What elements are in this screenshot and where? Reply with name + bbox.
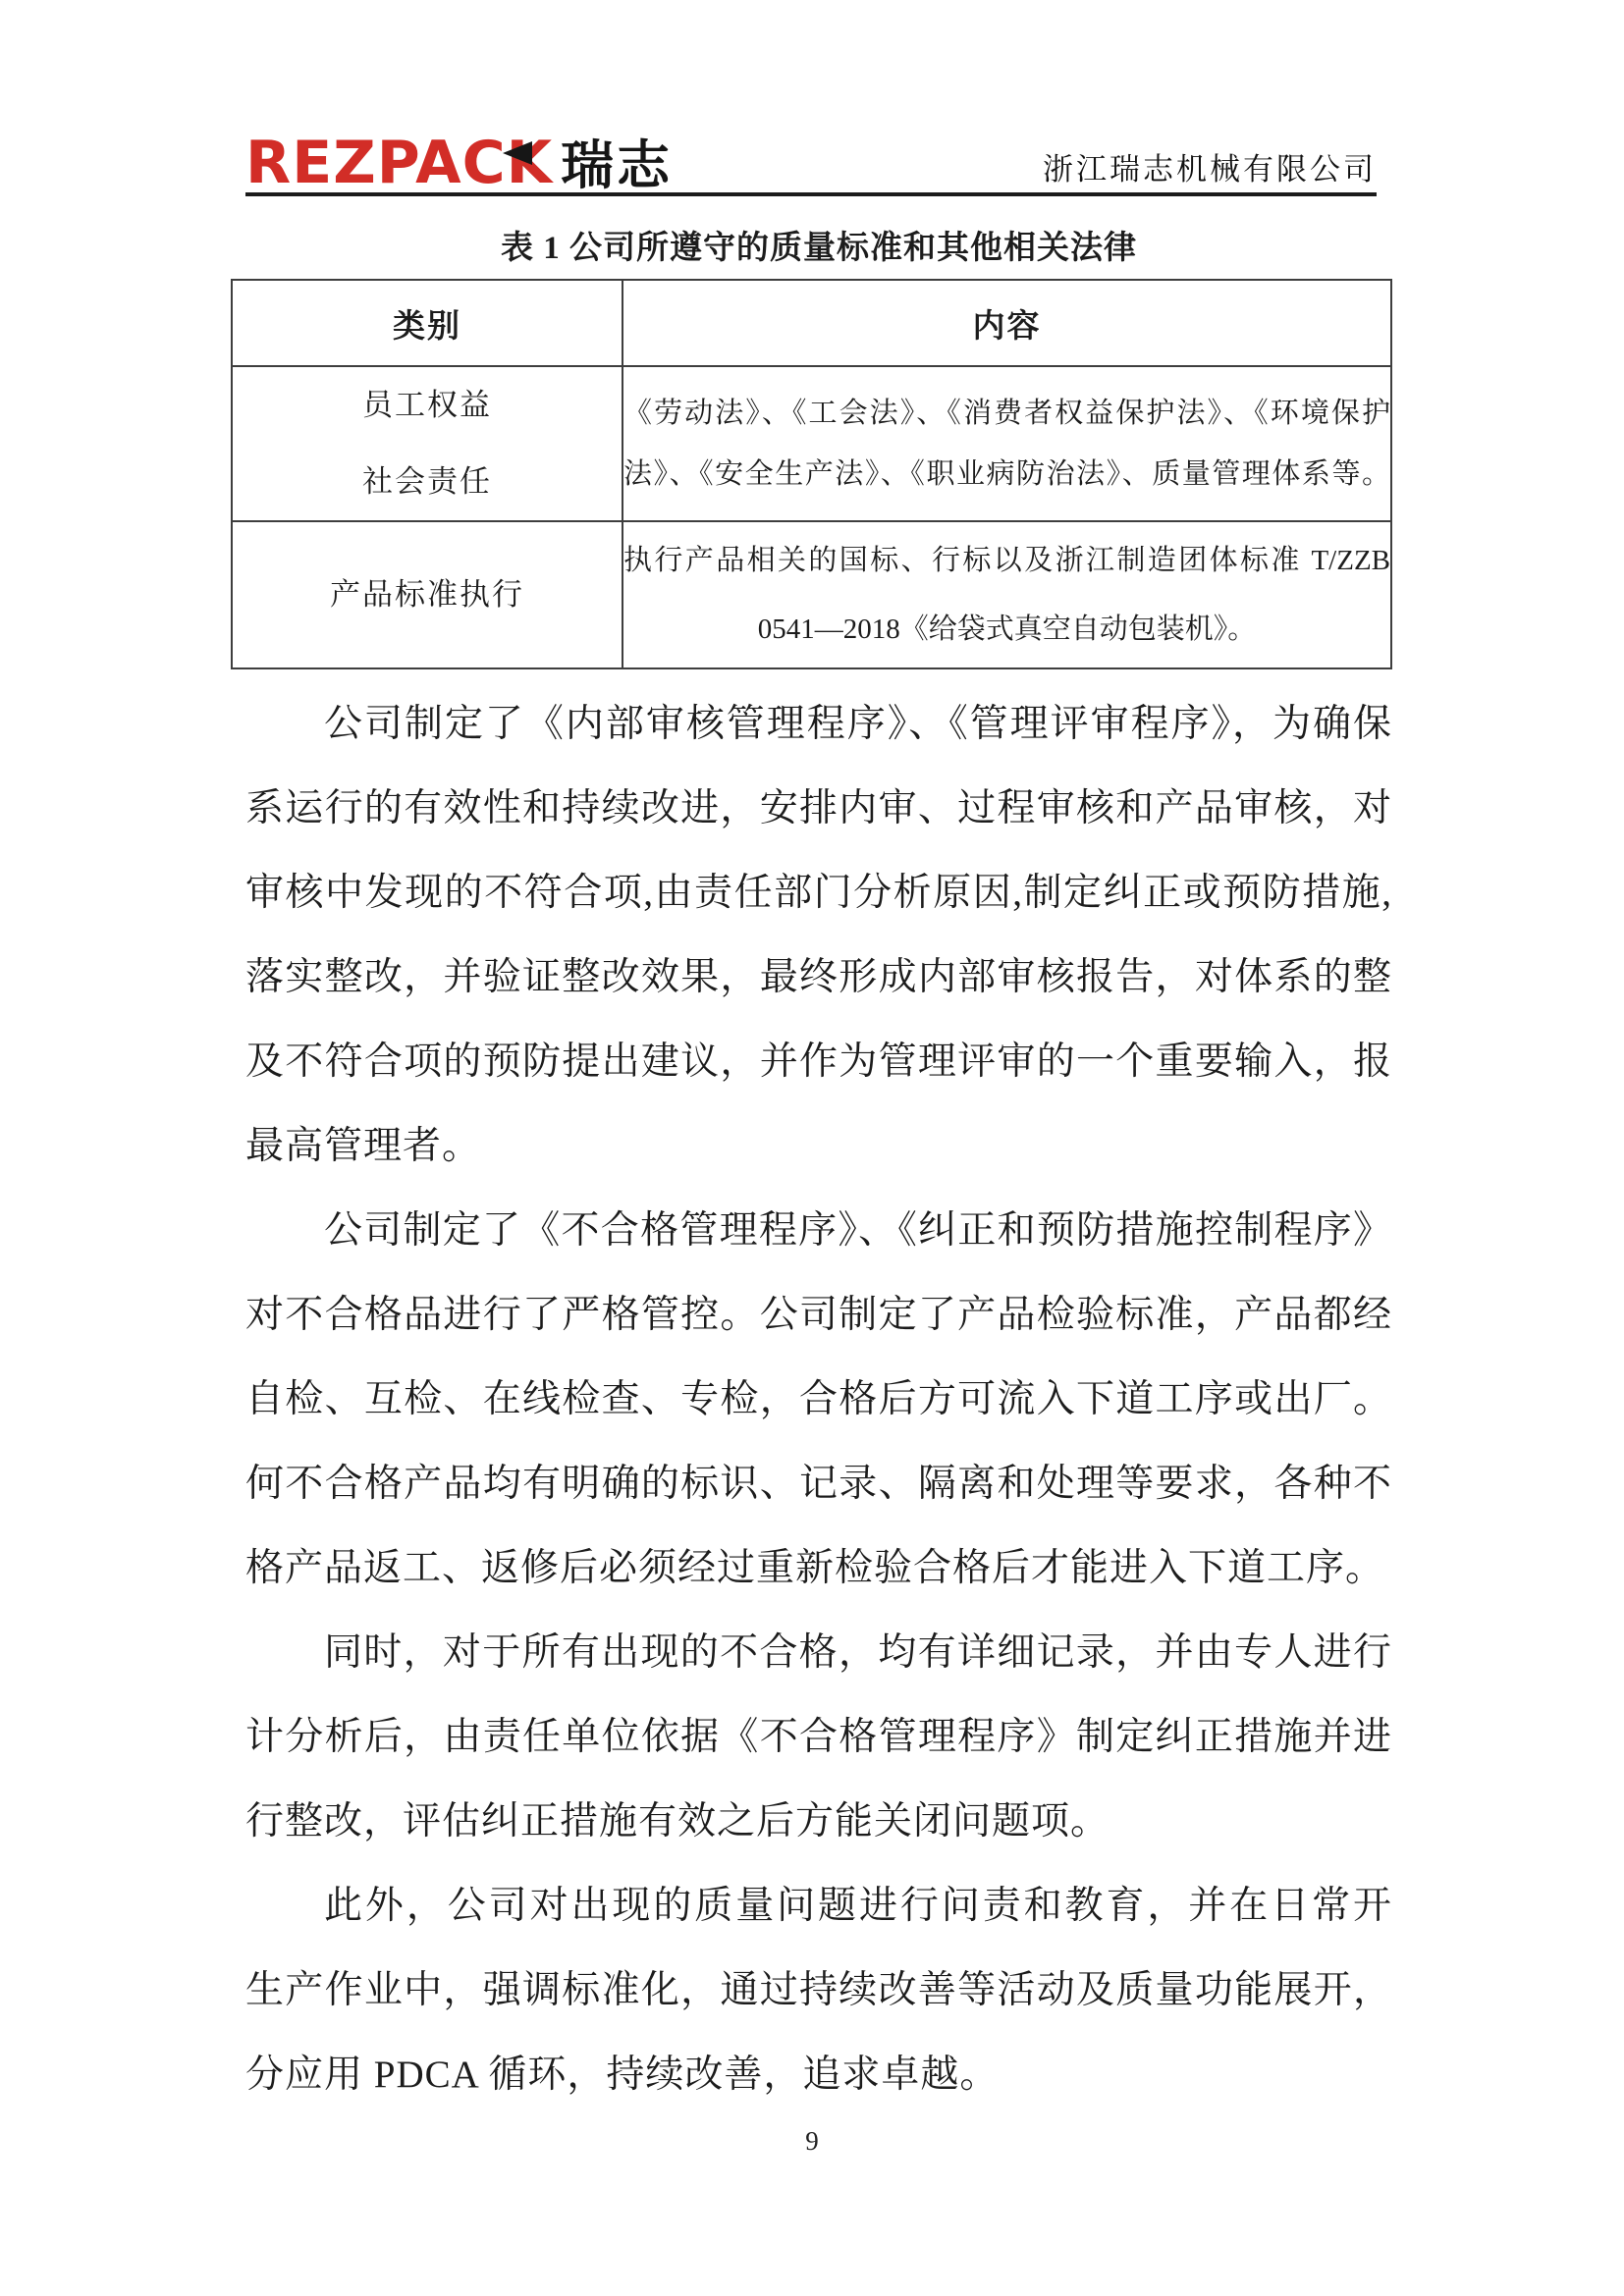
page-number: 9 bbox=[0, 2126, 1624, 2157]
paragraph-line: 同时，对于所有出现的不合格，均有详细记录，并由专人进行统 bbox=[245, 1611, 1392, 1695]
table-header-row: 类别 内容 bbox=[232, 280, 1391, 366]
category-line: 员工权益 bbox=[233, 367, 622, 444]
logo-arrow-icon bbox=[503, 141, 532, 165]
paragraph-line: 计分析后，由责任单位依据《不合格管理程序》制定纠正措施并进 bbox=[245, 1695, 1392, 1780]
content-line: 0541—2018《给袋式真空自动包装机》。 bbox=[623, 595, 1390, 664]
table-row: 产品标准执行 执行产品相关的国标、行标以及浙江制造团体标准 T/ZZB 0541… bbox=[232, 521, 1391, 668]
category-cell: 产品标准执行 bbox=[232, 521, 623, 668]
category-cell: 员工权益 社会责任 bbox=[232, 366, 623, 521]
page-header: REZPACK 瑞志 浙江瑞志机械有限公司 bbox=[245, 110, 1377, 196]
paragraph-line: 公司制定了《不合格管理程序》、《纠正和预防措施控制程序》 bbox=[245, 1189, 1392, 1273]
paragraph-line: 格产品返工、返修后必须经过重新检验合格后才能进入下道工序。 bbox=[245, 1526, 1392, 1611]
paragraph-line: 及不符合项的预防提出建议，并作为管理评审的一个重要输入，报告 bbox=[245, 1020, 1392, 1104]
table-row: 员工权益 社会责任 《劳动法》、《工会法》、《消费者权益保护法》、《环境保护 法… bbox=[232, 366, 1391, 521]
content-cell: 《劳动法》、《工会法》、《消费者权益保护法》、《环境保护 法》、《安全生产法》、… bbox=[623, 366, 1391, 521]
company-name: 浙江瑞志机械有限公司 bbox=[1043, 153, 1377, 192]
paragraph-line: 分应用 PDCA 循环，持续改善，追求卓越。 bbox=[245, 2033, 1392, 2117]
quality-standards-table: 类别 内容 员工权益 社会责任 《劳动法》、《工会法》、《消费者权益保护法》、《… bbox=[231, 279, 1392, 669]
table-caption: 表 1 公司所遵守的质量标准和其他相关法律 bbox=[245, 222, 1392, 268]
content-cell: 执行产品相关的国标、行标以及浙江制造团体标准 T/ZZB 0541—2018《给… bbox=[623, 521, 1391, 668]
paragraph-line: 最高管理者。 bbox=[245, 1104, 1392, 1189]
paragraph-line: 系运行的有效性和持续改进，安排内审、过程审核和产品审核，对于 bbox=[245, 767, 1392, 851]
paragraph-line: 自检、互检、在线检查、专检，合格后方可流入下道工序或出厂。任 bbox=[245, 1358, 1392, 1442]
category-line: 社会责任 bbox=[233, 444, 622, 520]
content-line: 执行产品相关的国标、行标以及浙江制造团体标准 T/ZZB bbox=[623, 526, 1390, 595]
paragraph-line: 生产作业中，强调标准化，通过持续改善等活动及质量功能展开，充 bbox=[245, 1949, 1392, 2033]
paragraph-line: 公司制定了《内部审核管理程序》、《管理评审程序》，为确保体 bbox=[245, 682, 1392, 767]
logo-wordmark-cn: 瑞志 bbox=[561, 139, 673, 192]
paragraph-line: 审核中发现的不符合项,由责任部门分析原因,制定纠正或预防措施, bbox=[245, 851, 1392, 935]
content-line: 《劳动法》、《工会法》、《消费者权益保护法》、《环境保护 bbox=[623, 383, 1390, 444]
company-logo: REZPACK 瑞志 bbox=[245, 133, 673, 192]
paragraph-line: 此外，公司对出现的质量问题进行问责和教育，并在日常开发、 bbox=[245, 1864, 1392, 1949]
column-header-category: 类别 bbox=[232, 280, 623, 366]
paragraph-line: 落实整改，并验证整改效果，最终形成内部审核报告，对体系的整改 bbox=[245, 935, 1392, 1020]
column-header-content: 内容 bbox=[623, 280, 1391, 366]
paragraph-line: 何不合格产品均有明确的标识、记录、隔离和处理等要求，各种不合 bbox=[245, 1442, 1392, 1526]
paragraph-line: 对不合格品进行了严格管控。公司制定了产品检验标准，产品都经过 bbox=[245, 1273, 1392, 1358]
document-page: REZPACK 瑞志 浙江瑞志机械有限公司 表 1 公司所遵守的质量标准和其他相… bbox=[0, 0, 1624, 2296]
category-line: 产品标准执行 bbox=[233, 557, 622, 633]
content-line: 法》、《安全生产法》、《职业病防治法》、质量管理体系等。 bbox=[623, 444, 1390, 505]
paragraph-line: 行整改，评估纠正措施有效之后方能关闭问题项。 bbox=[245, 1780, 1392, 1864]
body-text: 公司制定了《内部审核管理程序》、《管理评审程序》，为确保体 系运行的有效性和持续… bbox=[245, 682, 1392, 2117]
